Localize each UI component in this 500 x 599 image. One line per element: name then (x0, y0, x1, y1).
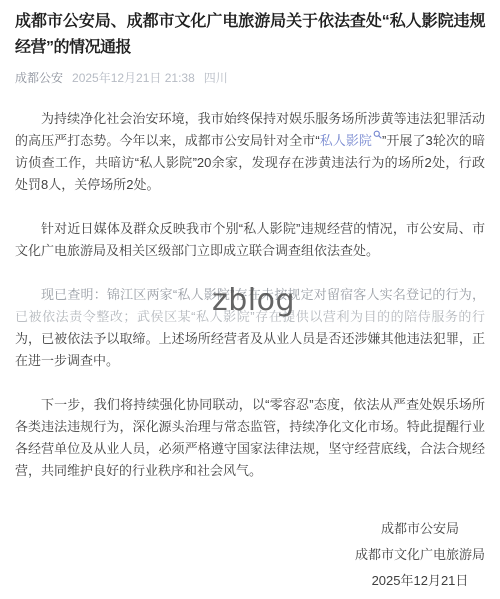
signature-org-2: 成都市文化广电旅游局 (355, 542, 485, 568)
publish-region: 四川 (204, 69, 228, 86)
signature-org-1: 成都市公安局 (355, 516, 485, 542)
keyword-link-label: 私人影院 (320, 133, 372, 148)
publisher-name[interactable]: 成都公安 (15, 69, 63, 86)
paragraph-3-dark: 为，已被依法予以取缔。上述场所经营者及从业人员是否还涉嫌其他违法犯罪，正在进一步… (15, 331, 485, 368)
paragraph-4: 下一步，我们将持续强化协同联动，以“零容忍”态度，依法从严查处娱乐场所各类违法违… (15, 394, 485, 482)
search-icon (373, 130, 382, 139)
article-title: 成都市公安局、成都市文化广电旅游局关于依法查处“私人影院违规经营”的情况通报 (15, 9, 485, 61)
byline: 成都公安 2025年12月21日 21:38 四川 (15, 69, 485, 86)
paragraph-1: 为持续净化社会治安环境，我市始终保持对娱乐服务场所涉黄等违法犯罪活动的高压严打态… (15, 108, 485, 196)
signature-block: 成都市公安局 成都市文化广电旅游局 2025年12月21日 (15, 516, 485, 594)
article-page: 成都市公安局、成都市文化广电旅游局关于依法查处“私人影院违规经营”的情况通报 成… (0, 0, 500, 594)
article-body: 为持续净化社会治安环境，我市始终保持对娱乐服务场所涉黄等违法犯罪活动的高压严打态… (15, 108, 485, 482)
paragraph-3-faded-secondary: 已被依法责令整改；武侯区某“私人影院”存在提供以营利为目的的陪侍服务的行 (15, 309, 485, 324)
paragraph-3-faded-primary: 现已查明：锦江区两家“私人影院”存在未按规定对留宿客人实名登记的行为， (41, 287, 485, 302)
paragraph-2: 针对近日媒体及群众反映我市个别“私人影院”违规经营的情况，市公安局、市文化广电旅… (15, 218, 485, 262)
keyword-link[interactable]: 私人影院 (320, 133, 382, 148)
signature-inner: 成都市公安局 成都市文化广电旅游局 2025年12月21日 (355, 516, 485, 594)
paragraph-3: 现已查明：锦江区两家“私人影院”存在未按规定对留宿客人实名登记的行为，已被依法责… (15, 284, 485, 372)
signature-date: 2025年12月21日 (355, 568, 485, 594)
publish-datetime: 2025年12月21日 21:38 (72, 69, 195, 86)
